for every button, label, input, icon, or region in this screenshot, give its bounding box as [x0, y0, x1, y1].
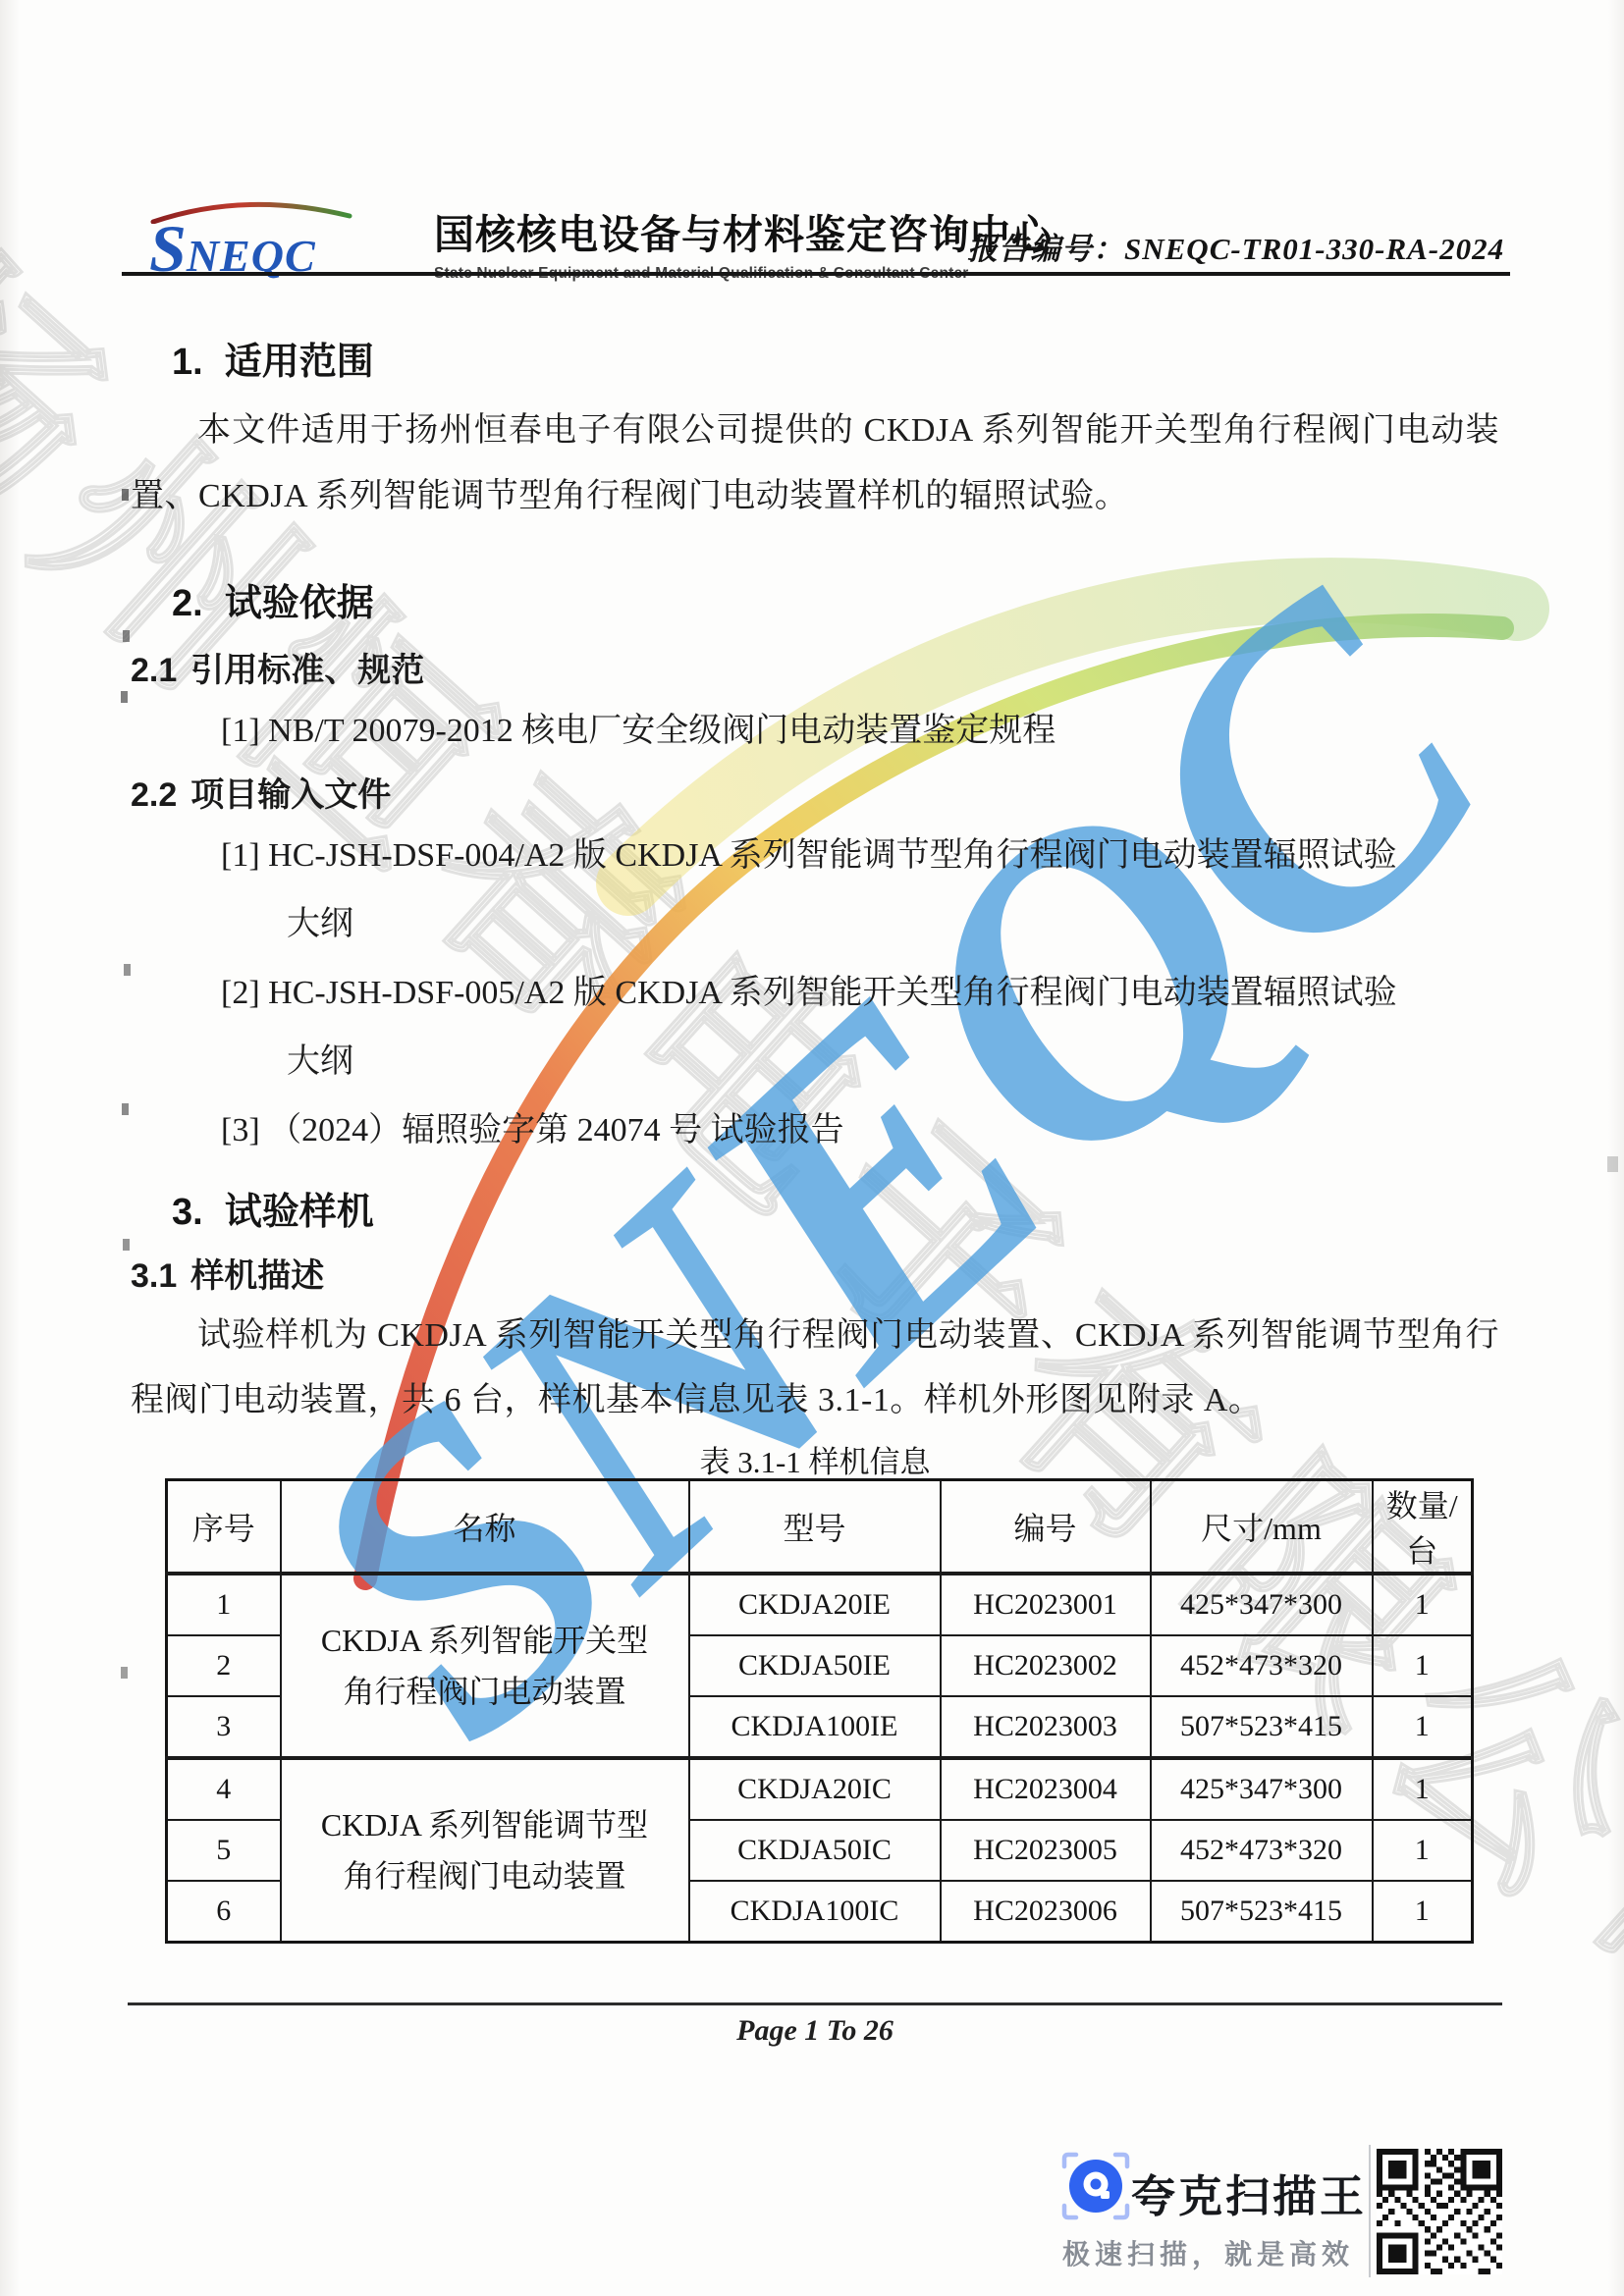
- section-2-2-title: 项目输入文件: [190, 776, 391, 814]
- table-row: 1 CKDJA 系列智能开关型角行程阀门电动装置 CKDJA20IE HC202…: [167, 1574, 1473, 1635]
- cell-size: 452*473*320: [1151, 1635, 1373, 1696]
- section-2-1-heading: 2.1引用标准、规范: [131, 643, 424, 691]
- section-1-paragraph: 本文件适用于扬州恒春电子有限公司提供的 CKDJA 系列智能开关型角行程阀门电动…: [131, 398, 1499, 529]
- col-header-no: 序号: [167, 1480, 281, 1575]
- col-header-name: 名称: [281, 1480, 689, 1575]
- footer-divider: [128, 2002, 1502, 2005]
- cell-size: 507*523*415: [1151, 1881, 1373, 1943]
- cell-qty: 1: [1373, 1881, 1473, 1943]
- section-3-1-title: 样机描述: [190, 1257, 324, 1295]
- qr-code: [1377, 2149, 1502, 2274]
- report-number: 报告编号：SNEQC-TR01-330-RA-2024: [967, 224, 1517, 268]
- sample-info-table: 序号 名称 型号 编号 尺寸/mm 数量/台 1 CKDJA 系列智能开关型角行…: [165, 1478, 1474, 1944]
- input-file-2-cont: 大纲: [287, 1034, 353, 1082]
- cell-qty: 1: [1373, 1574, 1473, 1635]
- cell-code: HC2023002: [941, 1635, 1151, 1696]
- cell-size: 425*347*300: [1151, 1758, 1373, 1820]
- table-row: 4 CKDJA 系列智能调节型角行程阀门电动装置 CKDJA20IC HC202…: [167, 1758, 1473, 1820]
- cell-no: 3: [167, 1696, 281, 1758]
- scanner-tagline: 极速扫描，就是高效: [1062, 2233, 1354, 2272]
- sneqc-logo: SNEQC: [149, 210, 316, 288]
- col-header-qty: 数量/台: [1373, 1480, 1473, 1575]
- scanner-branding: 夸克扫描王 极速扫描，就是高效: [1060, 2123, 1610, 2290]
- cell-model: CKDJA100IC: [689, 1881, 941, 1943]
- cell-code: HC2023005: [941, 1820, 1151, 1881]
- branding-divider: [1369, 2145, 1371, 2277]
- cell-model: CKDJA100IE: [689, 1696, 941, 1758]
- cell-no: 2: [167, 1635, 281, 1696]
- cell-model: CKDJA20IE: [689, 1574, 941, 1635]
- cell-no: 4: [167, 1758, 281, 1820]
- cell-size: 425*347*300: [1151, 1574, 1373, 1635]
- cell-size: 507*523*415: [1151, 1696, 1373, 1758]
- header-divider: [122, 272, 1510, 276]
- cell-code: HC2023003: [941, 1696, 1151, 1758]
- section-3-number: 3.: [172, 1192, 203, 1233]
- page-number: Page 1 To 26: [131, 2014, 1499, 2048]
- cell-code: HC2023006: [941, 1881, 1151, 1943]
- section-3-title: 试验样机: [225, 1192, 374, 1233]
- section-2-2-heading: 2.2项目输入文件: [131, 768, 391, 816]
- input-file-1-cont: 大纲: [287, 896, 353, 944]
- section-1-title: 适用范围: [225, 342, 374, 383]
- reference-standard: [1] NB/T 20079-2012 核电厂安全级阀门电动装置鉴定规程: [221, 703, 1056, 751]
- section-3-1-number: 3.1: [131, 1257, 177, 1295]
- section-3-paragraph: 试验样机为 CKDJA 系列智能开关型角行程阀门电动装置、CKDJA 系列智能调…: [131, 1304, 1499, 1433]
- section-2-1-number: 2.1: [131, 652, 177, 689]
- section-1-number: 1.: [172, 342, 203, 383]
- section-2-heading: 2.试验依据: [172, 572, 374, 626]
- col-header-size: 尺寸/mm: [1151, 1480, 1373, 1575]
- input-file-3: [3] （2024）辐照验字第 24074 号 试验报告: [221, 1102, 844, 1150]
- table-caption: 表 3.1-1 样机信息: [131, 1437, 1499, 1481]
- cell-no: 5: [167, 1820, 281, 1881]
- cell-no: 6: [167, 1881, 281, 1943]
- section-2-number: 2.: [172, 583, 203, 624]
- cell-group-name: CKDJA 系列智能调节型角行程阀门电动装置: [281, 1758, 689, 1943]
- report-number-value: SNEQC-TR01-330-RA-2024: [1124, 232, 1504, 266]
- cell-model: CKDJA50IC: [689, 1820, 941, 1881]
- section-2-2-number: 2.2: [131, 776, 177, 814]
- cell-no: 1: [167, 1574, 281, 1635]
- section-2-1-title: 引用标准、规范: [190, 652, 424, 689]
- input-file-1: [1] HC-JSH-DSF-004/A2 版 CKDJA 系列智能调节型角行程…: [221, 828, 1397, 876]
- cell-group-name: CKDJA 系列智能开关型角行程阀门电动装置: [281, 1574, 689, 1758]
- cell-size: 452*473*320: [1151, 1820, 1373, 1881]
- cell-model: CKDJA20IC: [689, 1758, 941, 1820]
- col-header-model: 型号: [689, 1480, 941, 1575]
- input-file-2: [2] HC-JSH-DSF-005/A2 版 CKDJA 系列智能开关型角行程…: [221, 965, 1397, 1013]
- col-header-code: 编号: [941, 1480, 1151, 1575]
- cell-code: HC2023004: [941, 1758, 1151, 1820]
- quark-logo-icon: [1060, 2151, 1131, 2221]
- cell-qty: 1: [1373, 1758, 1473, 1820]
- cell-qty: 1: [1373, 1820, 1473, 1881]
- section-1-heading: 1.适用范围: [172, 331, 374, 385]
- section-2-title: 试验依据: [225, 583, 374, 624]
- table-header-row: 序号 名称 型号 编号 尺寸/mm 数量/台: [167, 1480, 1473, 1575]
- report-number-label: 报告编号：: [967, 232, 1124, 266]
- section-3-heading: 3.试验样机: [172, 1181, 374, 1235]
- cell-qty: 1: [1373, 1635, 1473, 1696]
- section-3-1-heading: 3.1样机描述: [131, 1249, 324, 1297]
- scanner-app-name: 夸克扫描王: [1131, 2161, 1367, 2224]
- cell-qty: 1: [1373, 1696, 1473, 1758]
- document-page: 扬州恒春电子有限公司 SNEQC: [0, 0, 1624, 2296]
- page-content: SNEQC 国核核电设备与材料鉴定咨询中心 State Nuclear Equi…: [0, 0, 1624, 2296]
- cell-code: HC2023001: [941, 1574, 1151, 1635]
- cell-model: CKDJA50IE: [689, 1635, 941, 1696]
